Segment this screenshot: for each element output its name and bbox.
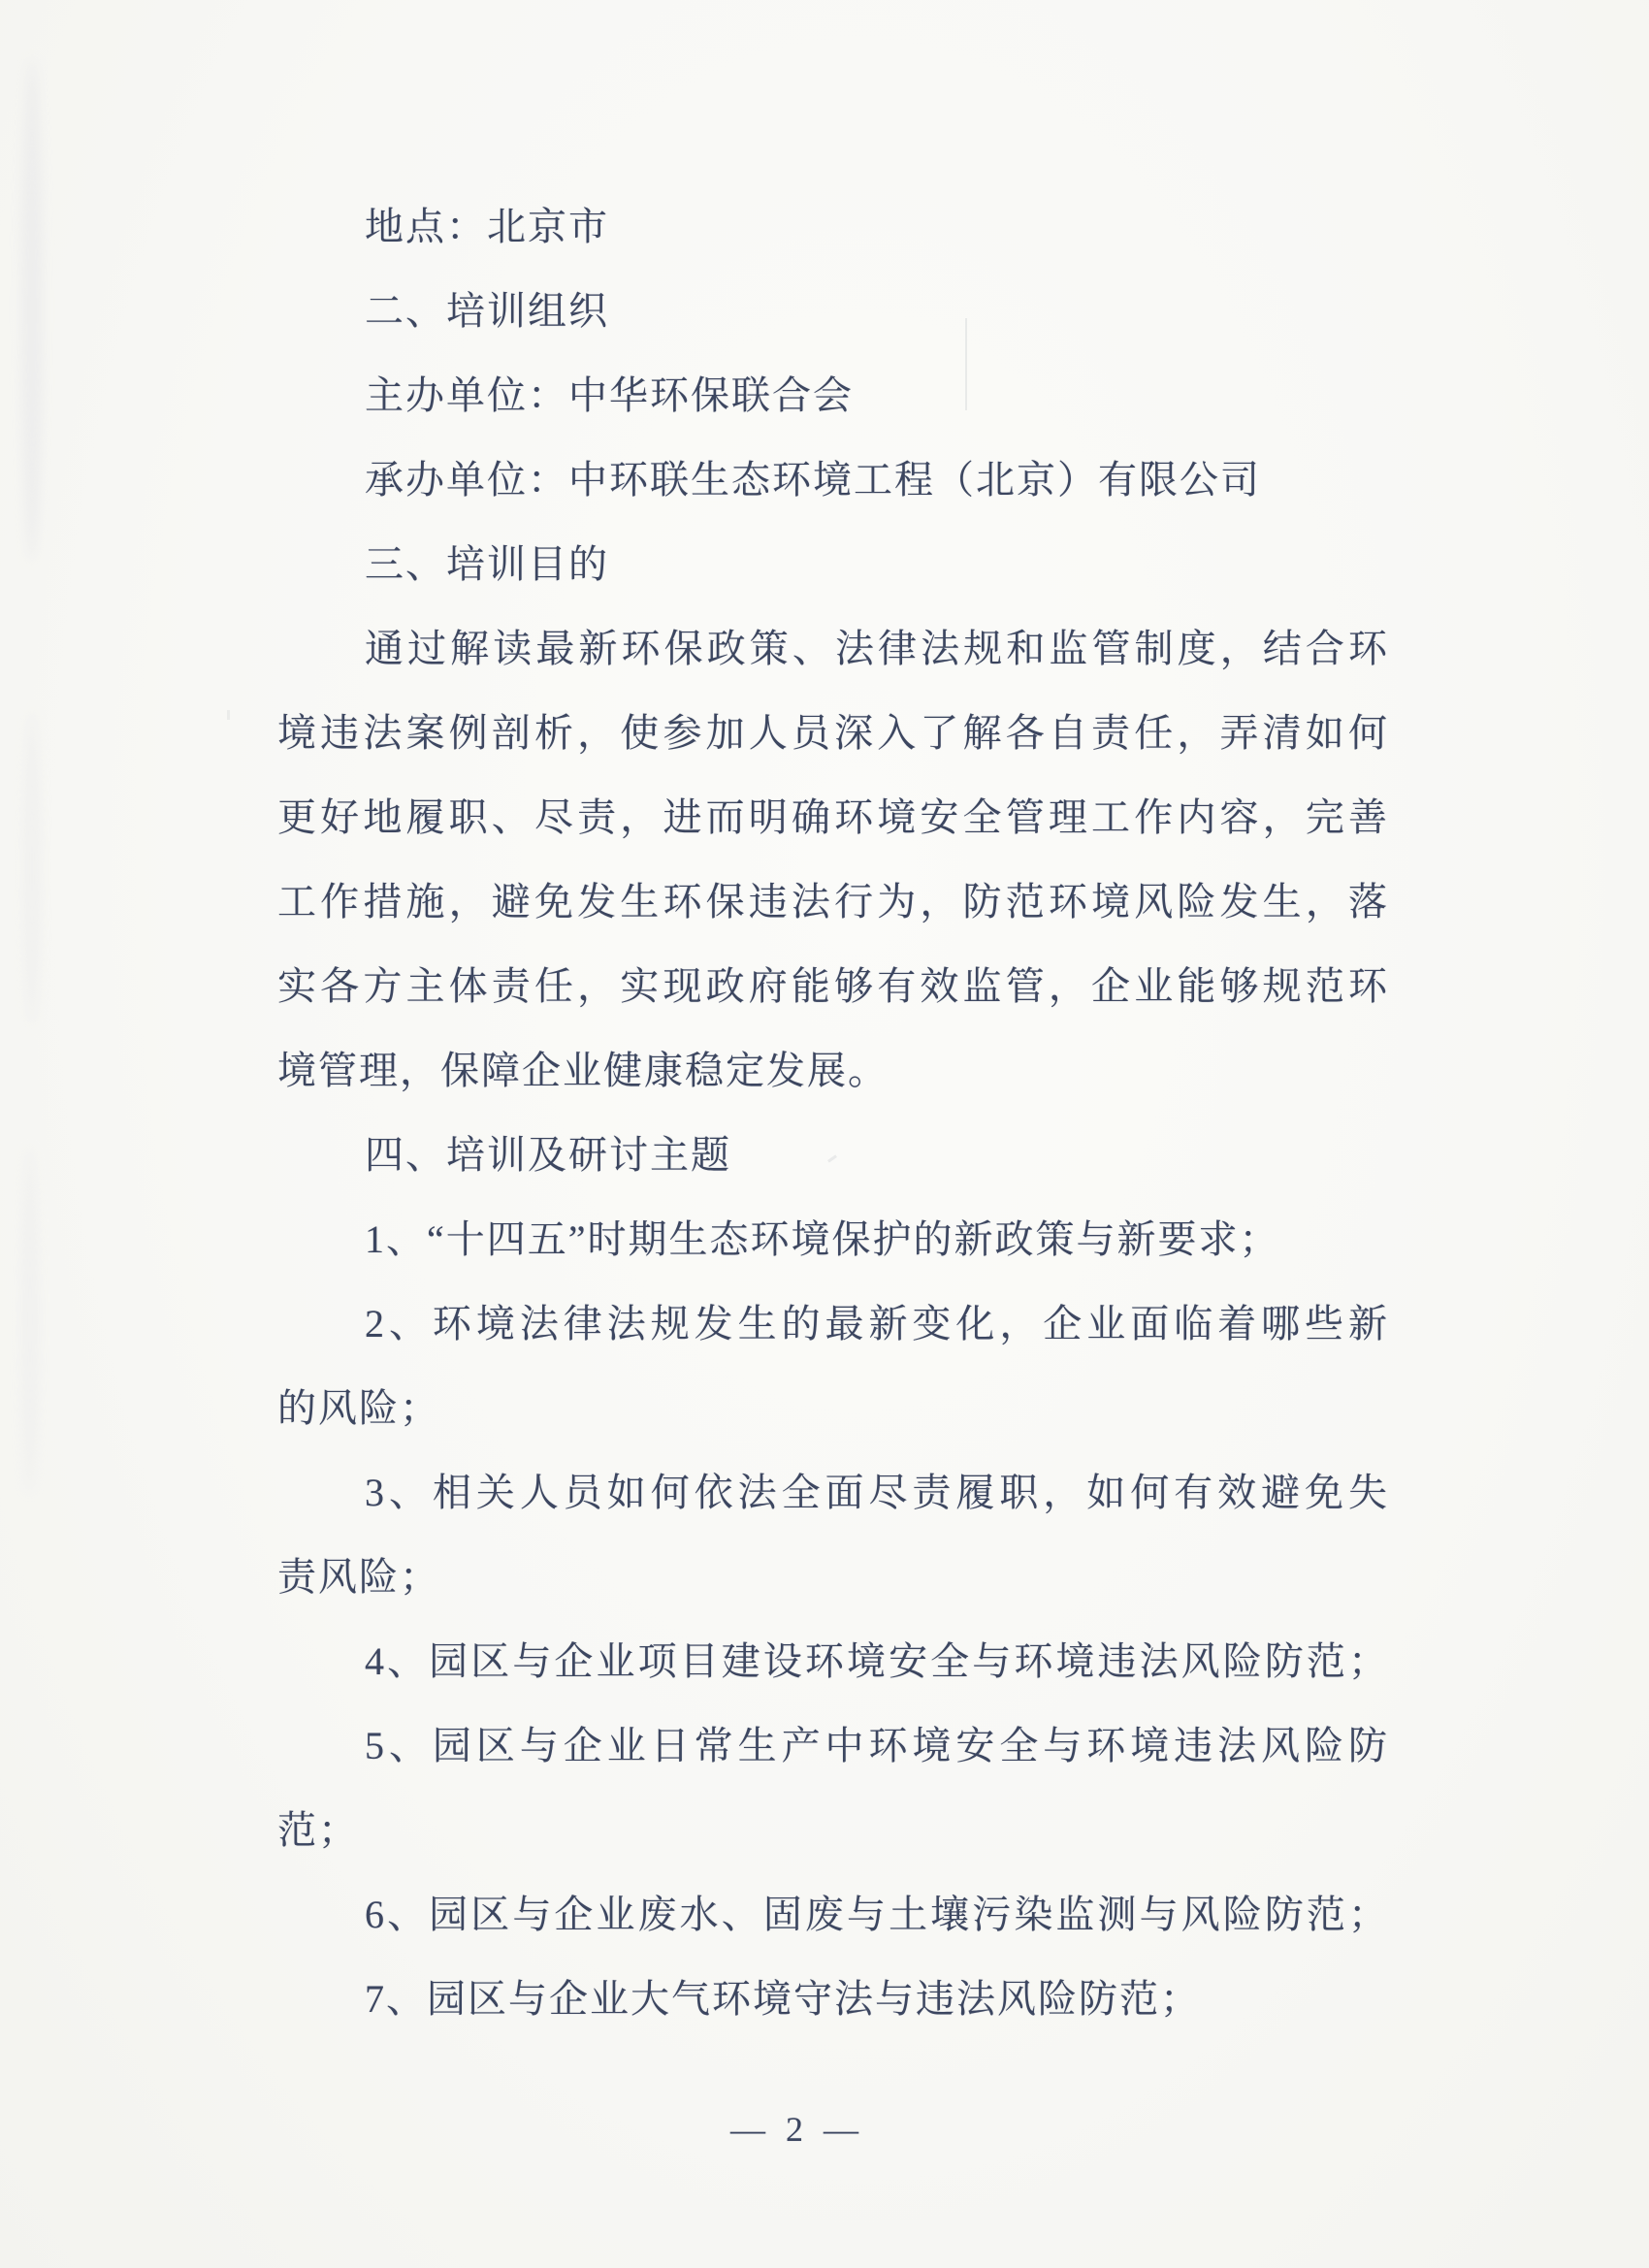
list-item-5: 5、园区与企业日常生产中环境安全与环境违法风险防 — [277, 1703, 1389, 1788]
list-item-2-continuation: 的风险； — [277, 1366, 1389, 1450]
page-number: — 2 — — [277, 2088, 1317, 2172]
list-item-2: 2、环境法律法规发生的最新变化，企业面临着哪些新 — [277, 1281, 1389, 1366]
text-line: 境违法案例剖析，使参加人员深入了解各自责任，弄清如何 — [277, 691, 1389, 775]
text-line-host: 主办单位：中华环保联合会 — [277, 353, 1389, 437]
text-line-location: 地点：北京市 — [277, 184, 1389, 269]
list-item-1: 1、“十四五”时期生态环境保护的新政策与新要求； — [277, 1197, 1389, 1281]
list-item-5-continuation: 范； — [277, 1788, 1389, 1872]
section-heading-3: 三、培训目的 — [277, 522, 1389, 606]
text-line: 工作措施，避免发生环保违法行为，防范环境风险发生，落 — [277, 859, 1389, 944]
text-line: 实各方主体责任，实现政府能够有效监管，企业能够规范环 — [277, 944, 1389, 1028]
text-line: 通过解读最新环保政策、法律法规和监管制度，结合环 — [277, 606, 1389, 691]
text-line-organizer: 承办单位：中环联生态环境工程（北京）有限公司 — [277, 437, 1389, 522]
list-item-4: 4、园区与企业项目建设环境安全与环境违法风险防范； — [277, 1619, 1389, 1703]
list-item-6: 6、园区与企业废水、固废与土壤污染监测与风险防范； — [277, 1872, 1389, 1957]
text-line: 更好地履职、尽责，进而明确环境安全管理工作内容，完善 — [277, 775, 1389, 859]
list-item-3-continuation: 责风险； — [277, 1535, 1389, 1619]
text-line: 境管理，保障企业健康稳定发展。 — [277, 1028, 1389, 1113]
section-heading-4: 四、培训及研讨主题 — [277, 1113, 1389, 1197]
list-item-3: 3、相关人员如何依法全面尽责履职，如何有效避免失 — [277, 1450, 1389, 1535]
document-body: 地点：北京市 二、培训组织 主办单位：中华环保联合会 承办单位：中环联生态环境工… — [277, 184, 1389, 2041]
section-heading-2: 二、培训组织 — [277, 269, 1389, 353]
list-item-7: 7、园区与企业大气环境守法与违法风险防范； — [277, 1957, 1389, 2041]
